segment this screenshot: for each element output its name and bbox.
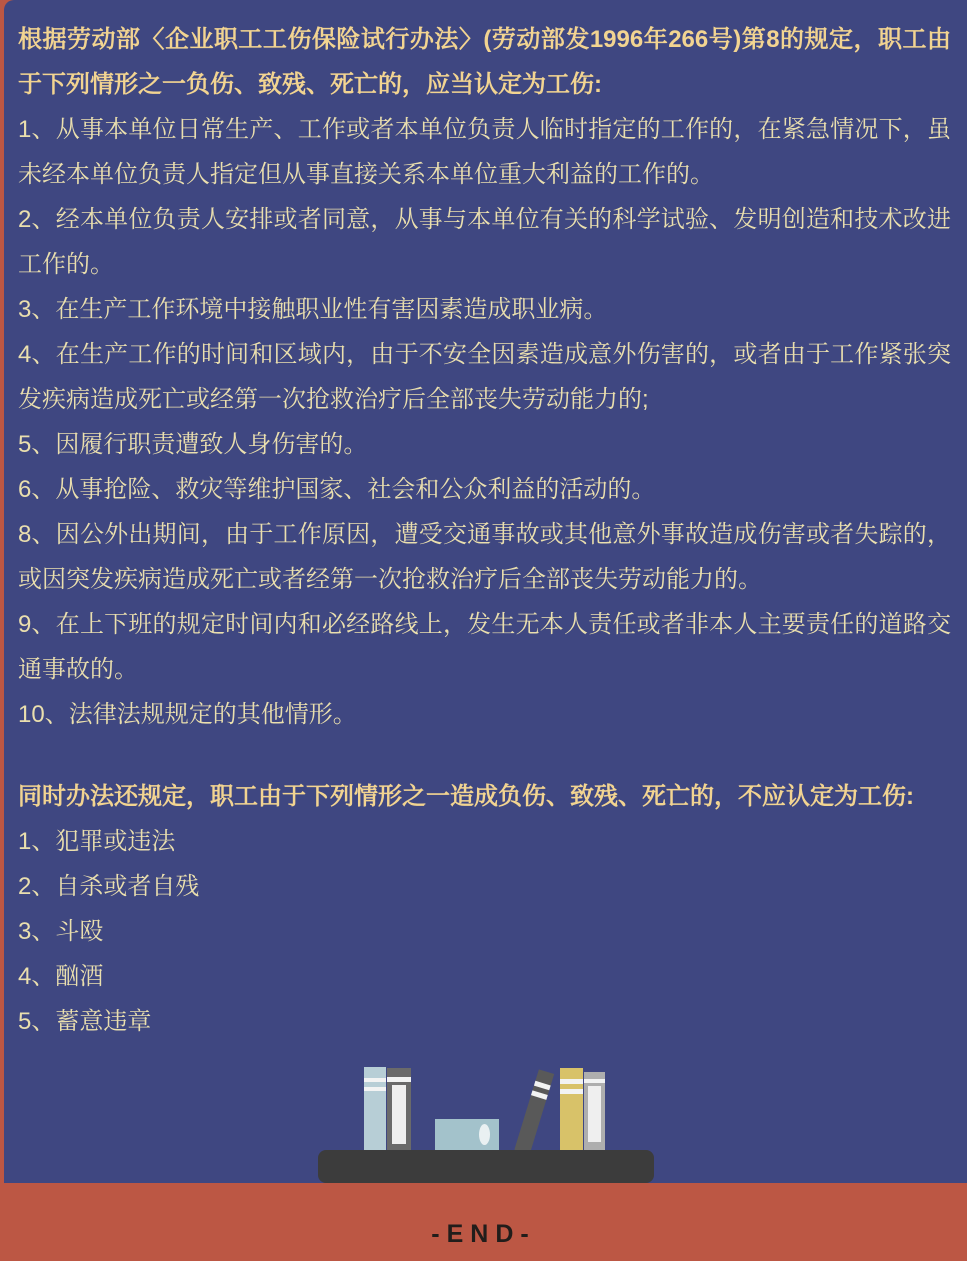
- book-label: [588, 1086, 601, 1142]
- list-item: 8、因公外出期间，由于工作原因，遭受交通事故或其他意外事故造成伤害或者失踪的，或…: [18, 512, 951, 602]
- book-icon: [387, 1068, 411, 1150]
- section-not-recognized: 同时办法还规定，职工由于下列情形之一造成负伤、致残、死亡的，不应认定为工伤: 1…: [18, 774, 951, 1044]
- list-item: 3、在生产工作环境中接触职业性有害因素造成职业病。: [18, 287, 951, 332]
- book-icon: [584, 1072, 605, 1150]
- book-label: [392, 1085, 406, 1144]
- shelf-icon: [318, 1150, 654, 1183]
- book-stripe: [560, 1089, 583, 1094]
- list-item: 2、经本单位负责人安排或者同意，从事与本单位有关的科学试验、发明创造和技术改进工…: [18, 197, 951, 287]
- book-stripe: [533, 1081, 550, 1090]
- list-item: 6、从事抢险、救灾等维护国家、社会和公众利益的活动的。: [18, 467, 951, 512]
- book-stripe: [364, 1087, 386, 1091]
- book-oval: [479, 1124, 490, 1145]
- list-item: 3、斗殴: [18, 909, 951, 954]
- section2-heading: 同时办法还规定，职工由于下列情形之一造成负伤、致残、死亡的，不应认定为工伤:: [18, 774, 951, 819]
- book-stripe: [560, 1079, 583, 1084]
- content-card: 根据劳动部〈企业职工工伤保险试行办法〉(劳动部发1996年266号)第8的规定，…: [4, 0, 967, 1183]
- list-item: 4、酗酒: [18, 954, 951, 999]
- books-on-shelf-icon: [318, 1063, 654, 1183]
- section-should-be-recognized: 根据劳动部〈企业职工工伤保险试行办法〉(劳动部发1996年266号)第8的规定，…: [18, 17, 951, 737]
- list-item: 5、因履行职责遭致人身伤害的。: [18, 422, 951, 467]
- section1-heading: 根据劳动部〈企业职工工伤保险试行办法〉(劳动部发1996年266号)第8的规定，…: [18, 17, 951, 107]
- book-stripe: [584, 1079, 605, 1083]
- book-lying-icon: [435, 1119, 499, 1150]
- book-stripe: [531, 1090, 548, 1099]
- book-stripe: [364, 1078, 386, 1082]
- list-item: 10、法律法规规定的其他情形。: [18, 692, 951, 737]
- list-item: 4、在生产工作的时间和区域内，由于不安全因素造成意外伤害的，或者由于工作紧张突发…: [18, 332, 951, 422]
- end-banner: -END-: [0, 1183, 967, 1261]
- book-leaning-icon: [514, 1069, 554, 1154]
- book-icon: [364, 1067, 386, 1150]
- list-item: 5、蓄意违章: [18, 999, 951, 1044]
- list-item: 1、从事本单位日常生产、工作或者本单位负责人临时指定的工作的，在紧急情况下，虽未…: [18, 107, 951, 197]
- list-item: 2、自杀或者自残: [18, 864, 951, 909]
- end-label: -END-: [431, 1220, 535, 1249]
- book-stripe: [387, 1077, 411, 1082]
- list-item: 1、犯罪或违法: [18, 819, 951, 864]
- list-item: 9、在上下班的规定时间内和必经路线上，发生无本人责任或者非本人主要责任的道路交通…: [18, 602, 951, 692]
- book-icon: [560, 1068, 583, 1150]
